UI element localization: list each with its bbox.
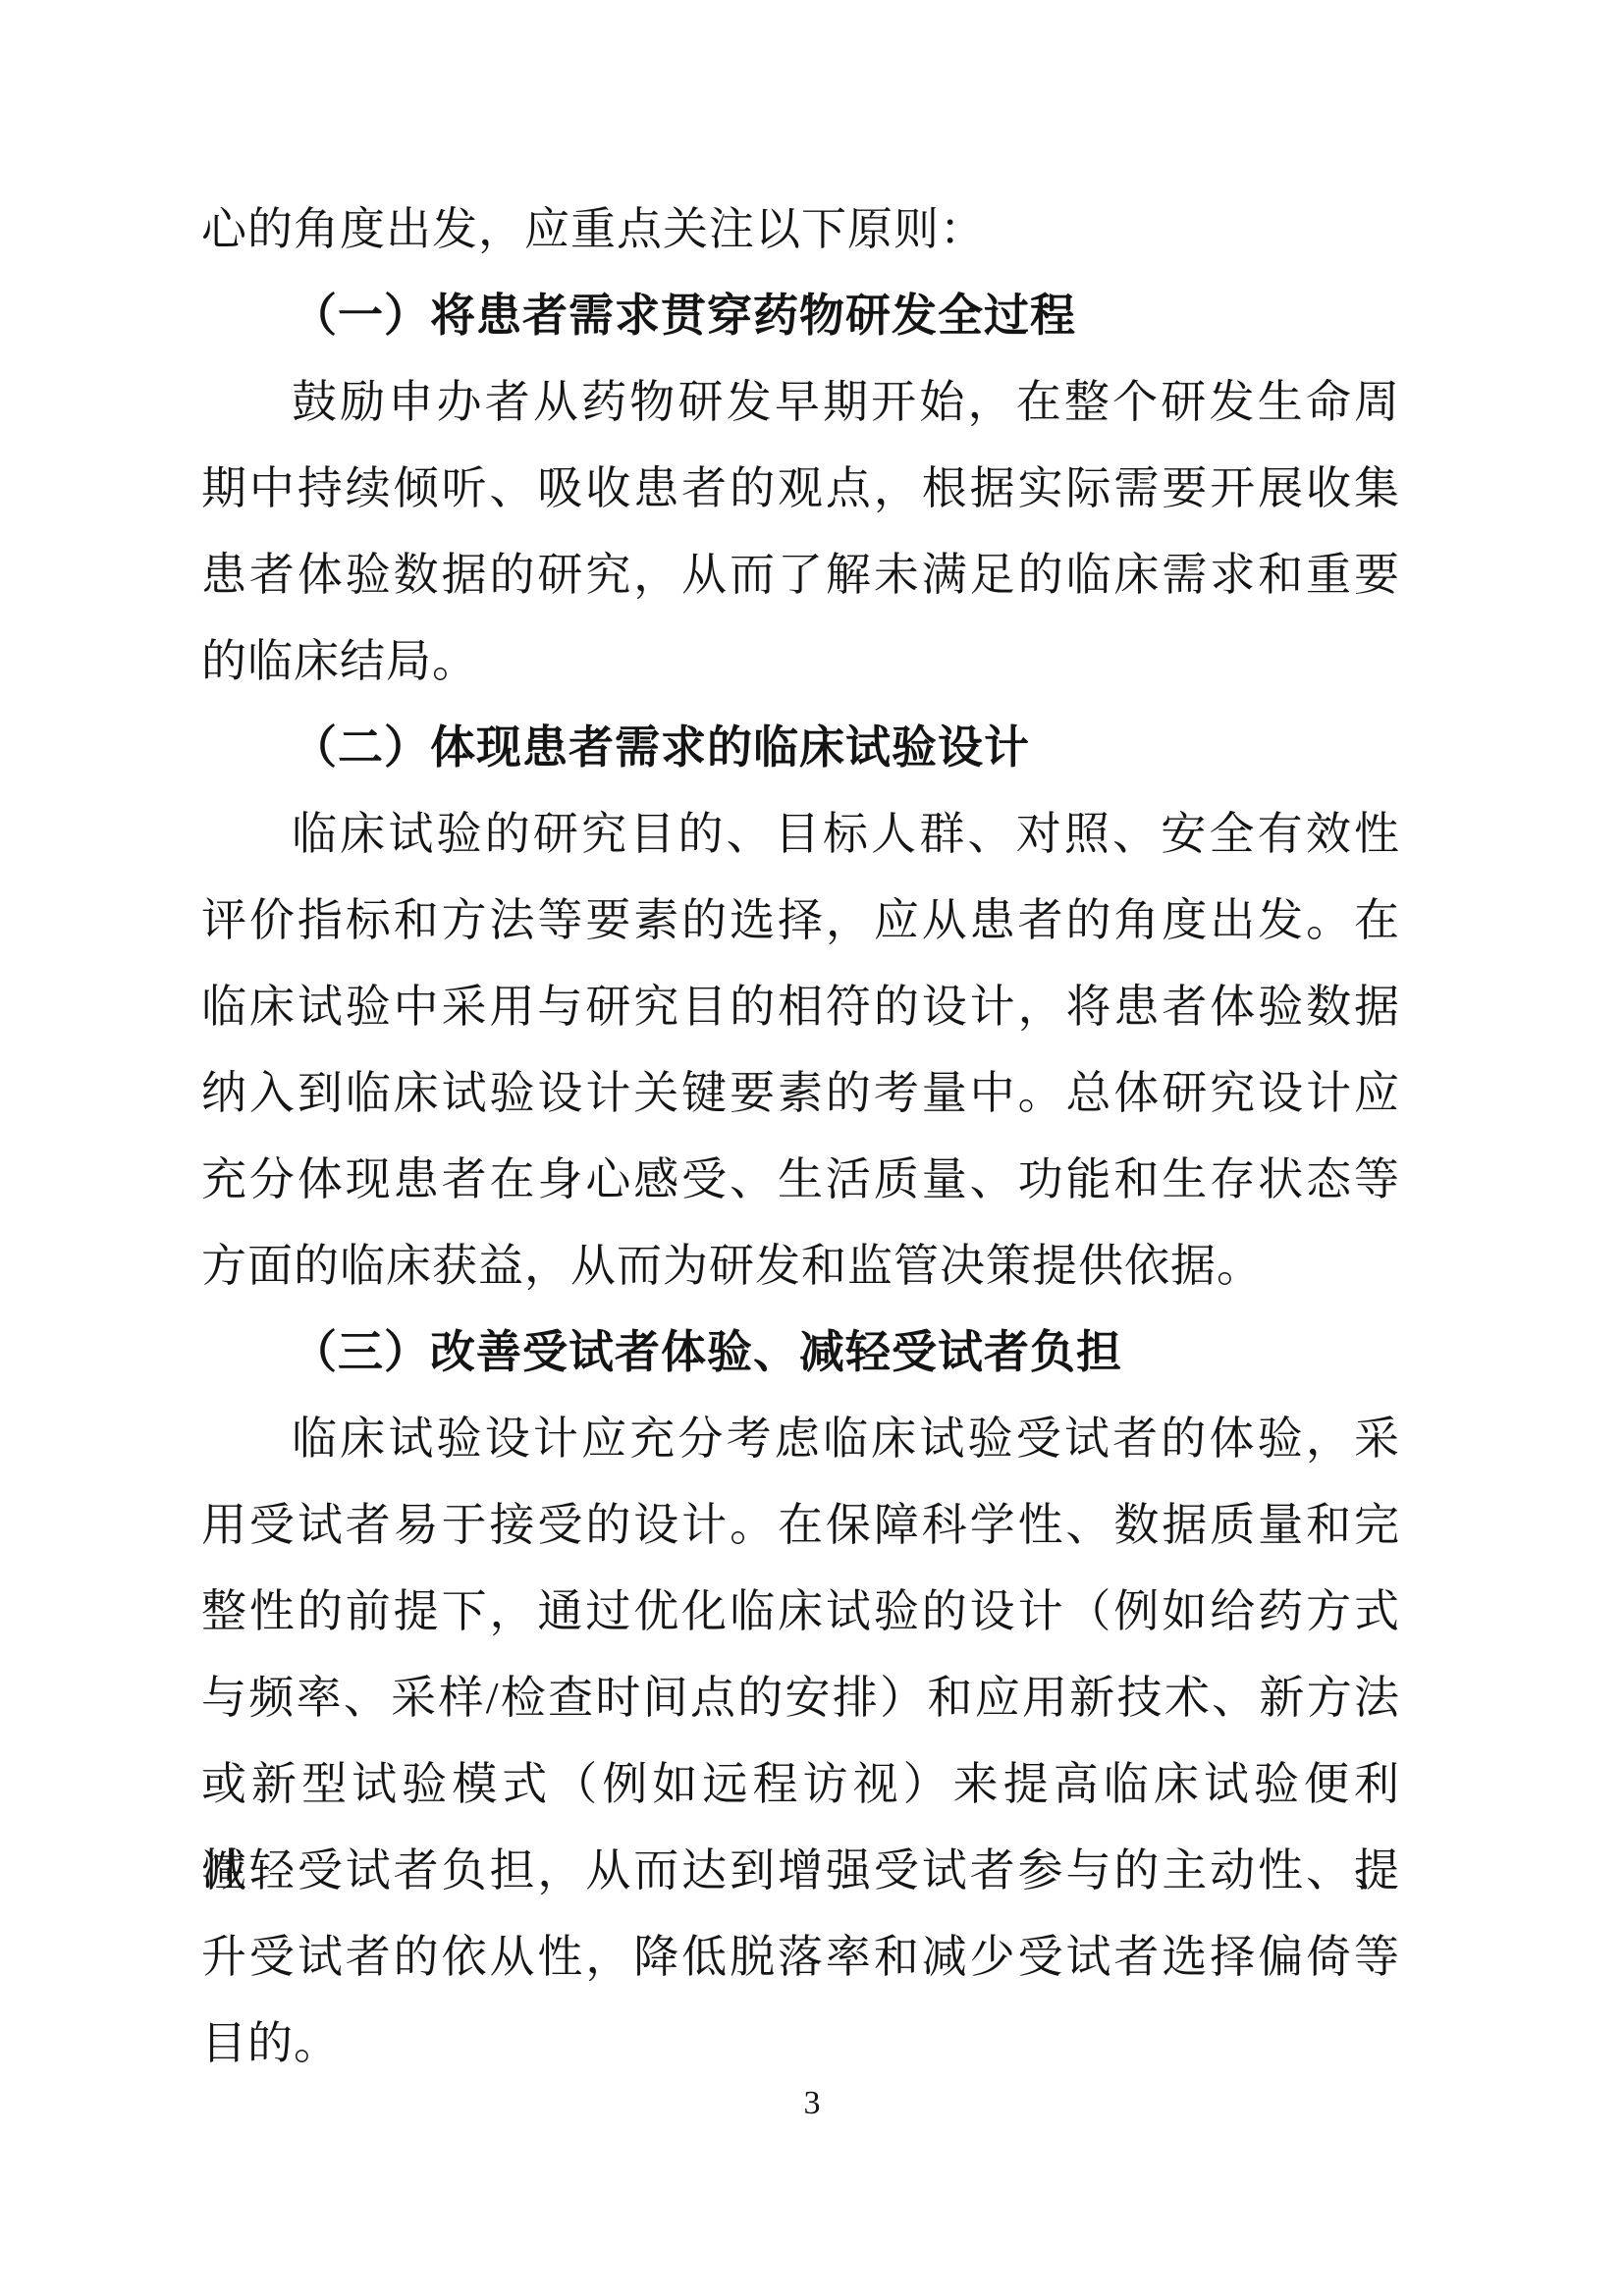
text-block: 心的角度出发，应重点关注以下原则：（一）将患者需求贯穿药物研发全过程鼓励申办者从… (201, 187, 1400, 2087)
paragraph-line: 患者体验数据的研究，从而了解未满足的临床需求和重要 (201, 532, 1400, 618)
paragraph-line: 用受试者易于接受的设计。在保障科学性、数据质量和完 (201, 1482, 1400, 1569)
section-heading: （二）体现患者需求的临床试验设计 (201, 705, 1400, 791)
paragraph-line: 目的。 (201, 2001, 1400, 2087)
paragraph-line: 心的角度出发，应重点关注以下原则： (201, 187, 1400, 273)
paragraph-line: 临床试验的研究目的、目标人群、对照、安全有效性 (201, 791, 1400, 878)
paragraph-line: 临床试验中采用与研究目的相符的设计，将患者体验数据 (201, 964, 1400, 1050)
paragraph-line: 的临床结局。 (201, 618, 1400, 705)
page-number: 3 (0, 2079, 1624, 2128)
paragraph-line: 纳入到临床试验设计关键要素的考量中。总体研究设计应 (201, 1050, 1400, 1137)
paragraph-line: 减轻受试者负担，从而达到增强受试者参与的主动性、提 (201, 1828, 1400, 1914)
paragraph-line: 临床试验设计应充分考虑临床试验受试者的体验，采 (201, 1396, 1400, 1482)
paragraph-line: 期中持续倾听、吸收患者的观点，根据实际需要开展收集 (201, 446, 1400, 532)
paragraph-line: 整性的前提下，通过优化临床试验的设计（例如给药方式 (201, 1569, 1400, 1655)
paragraph-line: 升受试者的依从性，降低脱落率和减少受试者选择偏倚等 (201, 1914, 1400, 2001)
section-heading: （一）将患者需求贯穿药物研发全过程 (201, 273, 1400, 359)
document-page: 心的角度出发，应重点关注以下原则：（一）将患者需求贯穿药物研发全过程鼓励申办者从… (0, 0, 1624, 2296)
section-heading: （三）改善受试者体验、减轻受试者负担 (201, 1309, 1400, 1396)
paragraph-line: 鼓励申办者从药物研发早期开始，在整个研发生命周 (201, 359, 1400, 446)
paragraph-line: 充分体现患者在身心感受、生活质量、功能和生存状态等 (201, 1137, 1400, 1223)
paragraph-line: 评价指标和方法等要素的选择，应从患者的角度出发。在 (201, 878, 1400, 964)
paragraph-line: 方面的临床获益，从而为研发和监管决策提供依据。 (201, 1223, 1400, 1309)
paragraph-line: 或新型试验模式（例如远程访视）来提高临床试验便利性、 (201, 1741, 1400, 1828)
paragraph-line: 与频率、采样/检查时间点的安排）和应用新技术、新方法 (201, 1655, 1400, 1741)
